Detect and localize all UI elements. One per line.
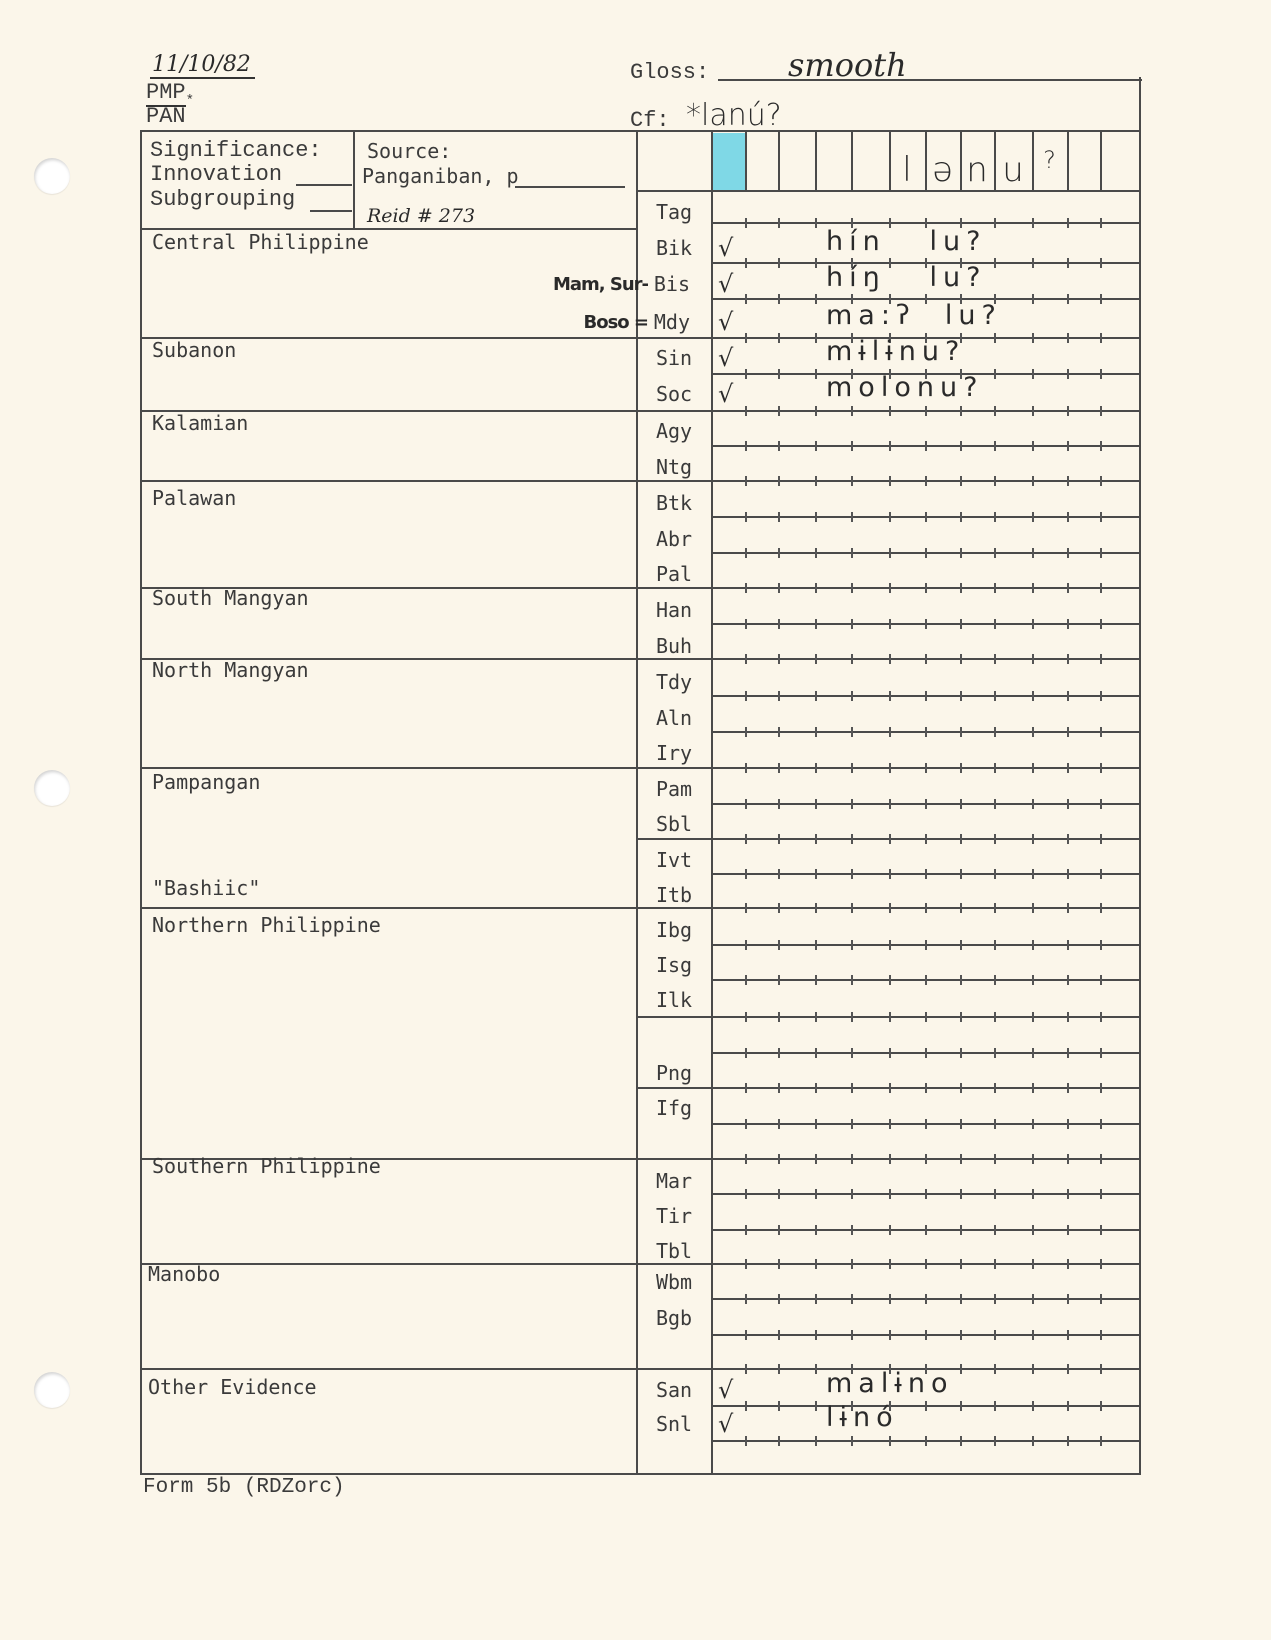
code-column-divider [636,1087,712,1089]
ruled-tick [815,1225,817,1235]
ruled-tick [1067,1048,1069,1058]
language-code-isg: Isg [640,953,708,977]
ruled-tick [960,869,962,879]
ruled-tick [960,799,962,809]
ruled-tick [994,406,996,416]
ruled-tick [925,763,927,773]
ruled-tick [851,1330,853,1340]
ruled-tick [1100,903,1102,913]
section-label-central-philippine: Central Philippine [152,230,369,254]
ruled-tick [1032,654,1034,664]
ruled-tick [815,294,817,304]
ruled-tick [778,1048,780,1058]
ruled-tick [745,1012,747,1022]
ruled-tick [815,1154,817,1164]
ruled-tick [1067,1154,1069,1164]
ruled-tick [994,1048,996,1058]
ruled-tick [851,1119,853,1129]
reflex-mdy[interactable]: ma:ʔ lu? [826,300,1002,331]
significance-title: Significance: [150,138,322,163]
ruled-tick [1067,763,1069,773]
ruled-tick [1100,1012,1102,1022]
ruled-tick [745,654,747,664]
ruled-tick [1032,1259,1034,1269]
ruled-tick [994,583,996,593]
language-code-pam: Pam [640,777,708,801]
ruled-tick [851,975,853,985]
ruled-tick [815,1259,817,1269]
ruled-tick [889,1294,891,1304]
cognate-check-icon[interactable]: √ [718,234,733,262]
ruled-tick [1067,1119,1069,1129]
reflex-soc[interactable]: molonu? [826,372,983,403]
ruled-tick [1067,1364,1069,1374]
reconstruction-highlight-cell [713,133,745,190]
ruled-tick [815,940,817,950]
ruled-tick [1032,1048,1034,1058]
ruled-tick [851,654,853,664]
ruled-tick [925,869,927,879]
form-top-border [140,130,1141,132]
ruled-tick [889,727,891,737]
ruled-tick [778,369,780,379]
ruled-tick [815,619,817,629]
form-id: Form 5b (RDZorc) [143,1476,345,1499]
ruled-tick [778,1364,780,1374]
innovation-blank[interactable] [296,184,352,186]
reconstruction-column-divider [815,130,817,191]
subgrouping-blank[interactable] [310,210,352,212]
ruled-tick [745,834,747,844]
ruled-tick [1100,1330,1102,1340]
reconstruction-segment: ? [1032,146,1067,174]
reconstruction-column-divider [778,130,780,191]
ruled-tick [851,903,853,913]
cognate-check-icon[interactable]: √ [718,344,733,372]
ruled-tick [778,619,780,629]
ruled-tick [1032,1294,1034,1304]
ruled-tick [889,1154,891,1164]
ruled-tick [960,1048,962,1058]
grid-right-top-border [1139,77,1141,132]
ruled-tick [745,903,747,913]
ruled-tick [1067,691,1069,701]
language-code-snl: Snl [640,1412,708,1436]
ruled-tick [1100,441,1102,451]
ruled-tick [778,903,780,913]
ruled-tick [851,691,853,701]
ruled-tick [960,654,962,664]
ruled-tick [994,1119,996,1129]
section-label-southern-philippine: Southern Philippine [152,1154,381,1178]
ruled-tick [815,548,817,558]
ruled-tick [925,548,927,558]
ruled-tick [994,1294,996,1304]
ruled-tick [994,512,996,522]
ruled-tick [960,1189,962,1199]
ruled-tick [1100,258,1102,268]
ruled-tick [925,1225,927,1235]
ruled-tick [778,1401,780,1411]
ruled-tick [889,799,891,809]
ruled-tick [925,583,927,593]
ruled-tick [994,369,996,379]
level-pmp-mark: * [186,93,194,109]
ruled-tick [1032,1436,1034,1446]
ruled-tick [815,763,817,773]
ruled-tick [994,654,996,664]
ruled-tick [1100,333,1102,343]
ruled-tick [1032,727,1034,737]
ruled-tick [994,975,996,985]
language-code-tag: Tag [640,200,708,224]
ruled-tick [1032,1154,1034,1164]
language-code-agy: Agy [640,419,708,443]
ruled-tick [1067,1083,1069,1093]
ruled-tick [889,1225,891,1235]
ruled-tick [778,691,780,701]
reflex-bik[interactable]: hín lu? [826,226,986,257]
reflex-san[interactable]: malɨno [826,1368,953,1399]
ruled-tick [994,1189,996,1199]
language-code-iry: Iry [640,741,708,765]
ruled-tick [1100,294,1102,304]
ruled-tick [1032,441,1034,451]
language-code-btk: Btk [640,491,708,515]
ruled-tick [1067,1259,1069,1269]
ruled-tick [1032,258,1034,268]
ruled-tick [994,903,996,913]
section-label-kalamian: Kalamian [152,411,248,435]
ruled-tick [745,1364,747,1374]
ruled-tick [745,333,747,343]
ruled-tick [815,869,817,879]
ruled-tick [1067,1225,1069,1235]
ruled-tick [778,1012,780,1022]
ruled-tick [815,1294,817,1304]
ruled-tick [1067,1012,1069,1022]
ruled-tick [1100,1048,1102,1058]
ruled-tick [925,1189,927,1199]
ruled-tick [1100,1401,1102,1411]
ruled-tick [778,1294,780,1304]
reflex-bis[interactable]: híŋ lu? [826,262,986,293]
ruled-tick [889,1083,891,1093]
ruled-tick [925,1401,927,1411]
ruled-tick [1067,476,1069,486]
ruled-tick [745,512,747,522]
ruled-tick [889,1012,891,1022]
ruled-tick [1100,1294,1102,1304]
ruled-tick [994,1154,996,1164]
ruled-tick [745,799,747,809]
ruled-tick [889,1436,891,1446]
ruled-tick [815,1401,817,1411]
ruled-tick [994,691,996,701]
ruled-tick [1032,1083,1034,1093]
cognate-check-icon[interactable]: √ [718,1410,733,1438]
language-code-abr: Abr [640,527,708,551]
ruled-tick [1067,975,1069,985]
ruled-tick [1032,940,1034,950]
ruled-tick [815,1119,817,1129]
reconstruction-segment: ə [925,150,960,190]
ruled-tick [851,441,853,451]
section-divider [140,767,712,769]
reflex-snl[interactable]: lɨnó [826,1402,899,1433]
ruled-tick [925,406,927,416]
cognate-check-icon[interactable]: √ [718,380,733,408]
language-code-tbl: Tbl [640,1239,708,1263]
ruled-tick [1032,333,1034,343]
ruled-tick [1100,1083,1102,1093]
cognate-check-icon[interactable]: √ [718,270,733,298]
ruled-tick [778,1259,780,1269]
ruled-tick [889,691,891,701]
level-pan: PAN [146,104,186,129]
language-prefix: Boso = [583,312,648,333]
ruled-tick [851,1294,853,1304]
ruled-tick [745,619,747,629]
ruled-tick [815,1189,817,1199]
ruled-tick [925,1083,927,1093]
ruled-tick [960,1330,962,1340]
ruled-tick [778,834,780,844]
ruled-tick [1032,548,1034,558]
ruled-tick [889,512,891,522]
ruled-tick [889,903,891,913]
ruled-tick [994,476,996,486]
ruled-tick [1067,1330,1069,1340]
ruled-tick [1100,763,1102,773]
ruled-tick [1100,834,1102,844]
ruled-tick [925,1330,927,1340]
ruled-tick [815,691,817,701]
ruled-tick [1032,975,1034,985]
ruled-tick [994,441,996,451]
subgrouping-label: Subgrouping [150,187,295,212]
ruled-tick [851,799,853,809]
ruled-tick [815,834,817,844]
ruled-tick [1032,619,1034,629]
ruled-tick [778,548,780,558]
ruled-tick [745,1154,747,1164]
ruled-tick [1100,1189,1102,1199]
ruled-tick [745,975,747,985]
ruled-tick [994,869,996,879]
ruled-tick [778,1083,780,1093]
source-value[interactable]: Panganiban, p [362,164,519,188]
ruled-tick [1032,294,1034,304]
ruled-tick [851,619,853,629]
ruled-tick [1067,654,1069,664]
ruled-tick [925,1119,927,1129]
ruled-tick [960,476,962,486]
reconstruction-column-divider [1100,130,1102,191]
ruled-tick [851,512,853,522]
ruled-tick [1032,1330,1034,1340]
ruled-tick [994,763,996,773]
ruled-tick [925,691,927,701]
ruled-tick [778,441,780,451]
ruled-tick [745,1048,747,1058]
ruled-tick [1032,799,1034,809]
ruled-tick [1100,619,1102,629]
ruled-tick [745,1083,747,1093]
ruled-tick [1100,583,1102,593]
ruled-tick [745,869,747,879]
ruled-tick [925,903,927,913]
ruled-tick [925,476,927,486]
ruled-tick [1067,940,1069,950]
section-divider [140,480,712,482]
date-field: 11/10/82 [150,52,255,79]
ruled-tick [815,441,817,451]
code-column-divider [636,1016,712,1018]
ruled-tick [778,869,780,879]
ruled-tick [960,903,962,913]
ruled-tick [1067,834,1069,844]
ruled-tick [1100,548,1102,558]
ruled-tick [889,548,891,558]
ruled-tick [1100,975,1102,985]
ruled-tick [745,1225,747,1235]
reflex-sin[interactable]: mɨlɨnu? [826,336,965,367]
ruled-tick [925,1259,927,1269]
binder-hole-bottom [34,1372,70,1408]
ruled-tick [1032,903,1034,913]
ruled-tick [1067,869,1069,879]
ruled-tick [851,1259,853,1269]
innovation-label: Innovation [150,162,282,187]
ruled-tick [815,1012,817,1022]
language-prefix: Mam, Sur- [553,274,648,295]
ruled-tick [889,763,891,773]
ruled-tick [851,1012,853,1022]
significance-source-divider [353,130,355,229]
ruled-tick [925,654,927,664]
ruled-tick [960,1225,962,1235]
ruled-tick [1067,1294,1069,1304]
ruled-tick [994,1364,996,1374]
ruled-tick [994,619,996,629]
ruled-tick [1100,691,1102,701]
language-code-sin: Sin [640,346,708,370]
ruled-tick [778,763,780,773]
reconstruction-segment: l [889,150,925,190]
ruled-tick [1032,218,1034,228]
ruled-tick [851,1083,853,1093]
ruled-tick [1032,1225,1034,1235]
language-code-bik: Bik [640,236,708,260]
ruled-tick [960,548,962,558]
reconstruction-column-divider [1067,130,1069,191]
ruled-tick [994,1436,996,1446]
ruled-tick [778,1436,780,1446]
language-code-ifg: Ifg [640,1096,708,1120]
ruled-tick [960,619,962,629]
ruled-tick [815,1083,817,1093]
ruled-tick [994,799,996,809]
ruled-tick [1032,406,1034,416]
ruled-tick [815,369,817,379]
ruled-tick [851,1225,853,1235]
binder-hole-middle [34,770,70,806]
ruled-tick [889,975,891,985]
ruled-tick [1100,1259,1102,1269]
language-code-ntg: Ntg [640,455,708,479]
language-code-pal: Pal [640,562,708,586]
ruled-tick [1100,869,1102,879]
ruled-tick [925,512,927,522]
ruled-tick [778,583,780,593]
ruled-tick [851,727,853,737]
ruled-tick [1067,369,1069,379]
ruled-tick [960,1083,962,1093]
reconstruction-segment: u [994,150,1032,190]
section-label-other-evidence: Other Evidence [148,1375,317,1399]
ruled-tick [815,583,817,593]
ruled-tick [1067,583,1069,593]
cognate-check-icon[interactable]: √ [718,1376,733,1404]
ruled-tick [1067,799,1069,809]
ruled-tick [960,1436,962,1446]
ruled-tick [925,441,927,451]
cf-value[interactable]: *lanú? [686,98,782,133]
ruled-tick [994,940,996,950]
ruled-tick [1032,512,1034,522]
language-code-ivt: Ivt [640,848,708,872]
ruled-tick [815,333,817,343]
ruled-tick [745,1189,747,1199]
source-page-blank[interactable] [515,186,625,188]
ruled-tick [1067,548,1069,558]
section-label-south-mangyan: South Mangyan [152,586,309,610]
ruled-tick [960,1364,962,1374]
ruled-tick [925,834,927,844]
ruled-tick [851,406,853,416]
ruled-tick [960,975,962,985]
level-pmp-label: PMP [146,80,186,107]
gloss-value[interactable]: smooth [788,46,907,84]
ruled-tick [1032,1364,1034,1374]
ruled-tick [778,1189,780,1199]
section-label-north-mangyan: North Mangyan [152,658,309,682]
ruled-tick [1032,1012,1034,1022]
ruled-tick [994,1330,996,1340]
ruled-tick [851,1436,853,1446]
code-column-divider [636,838,712,840]
gloss-label: Gloss: [630,60,709,85]
ruled-tick [745,691,747,701]
ruled-tick [960,1119,962,1129]
ruled-tick [745,258,747,268]
ruled-tick [778,1225,780,1235]
ruled-tick [1067,512,1069,522]
ruled-tick [960,512,962,522]
ruled-tick [994,1401,996,1411]
ruled-tick [745,763,747,773]
ruled-tick [815,799,817,809]
ruled-tick [778,294,780,304]
cognate-check-icon[interactable]: √ [718,308,733,336]
ruled-tick [925,975,927,985]
language-code-ibg: Ibg [640,918,708,942]
ruled-tick [925,1436,927,1446]
section-label-subanon: Subanon [152,338,236,362]
ruled-tick [960,406,962,416]
ruled-tick [994,258,996,268]
